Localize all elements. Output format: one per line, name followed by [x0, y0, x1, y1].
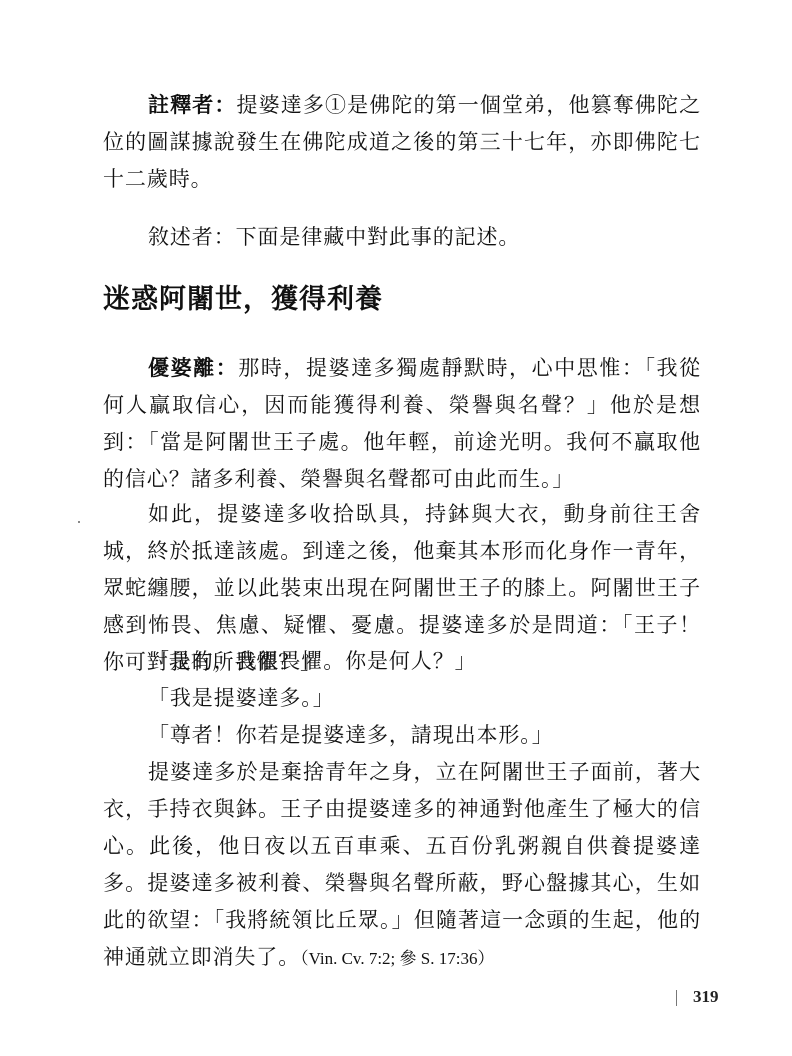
upali-paragraph: 優婆離：那時，提婆達多獨處靜默時，心中思惟：「我從何人贏取信心，因而能獲得利養、…: [103, 349, 701, 498]
commentator-paragraph: 註釋者：提婆達多①是佛陀的第一個堂弟，他篡奪佛陀之位的圖謀據說發生在佛陀成道之後…: [103, 86, 701, 198]
page-number: 319: [693, 987, 719, 1007]
dialogue-line: 「是的，我很畏懼。你是何人？」: [103, 643, 701, 680]
narrator-paragraph: 敘述者：下面是律藏中對此事的記述。: [103, 219, 701, 256]
folio-divider: [676, 990, 677, 1006]
speaker-label: 優婆離：: [148, 355, 238, 380]
dialogue-line: 「尊者！你若是提婆達多，請現出本形。」: [103, 717, 701, 754]
paragraph-text: 下面是律藏中對此事的記述。: [236, 225, 521, 249]
final-paragraph: 提婆達多於是棄捨青年之身，立在阿闍世王子面前，著大衣，手持衣與鉢。王子由提婆達多…: [103, 754, 701, 977]
scripture-reference: （Vin. Cv. 7:2; 參 S. 17:36）: [300, 949, 494, 968]
scan-speck: [78, 521, 80, 523]
speaker-label: 敘述者：: [148, 225, 236, 249]
paragraph-text: 提婆達多於是棄捨青年之身，立在阿闍世王子面前，著大衣，手持衣與鉢。王子由提婆達多…: [103, 760, 701, 969]
speaker-label: 註釋者：: [148, 92, 237, 117]
section-heading: 迷惑阿闍世，獲得利養: [103, 280, 383, 320]
dialogue-line: 「我是提婆達多。」: [103, 680, 701, 717]
